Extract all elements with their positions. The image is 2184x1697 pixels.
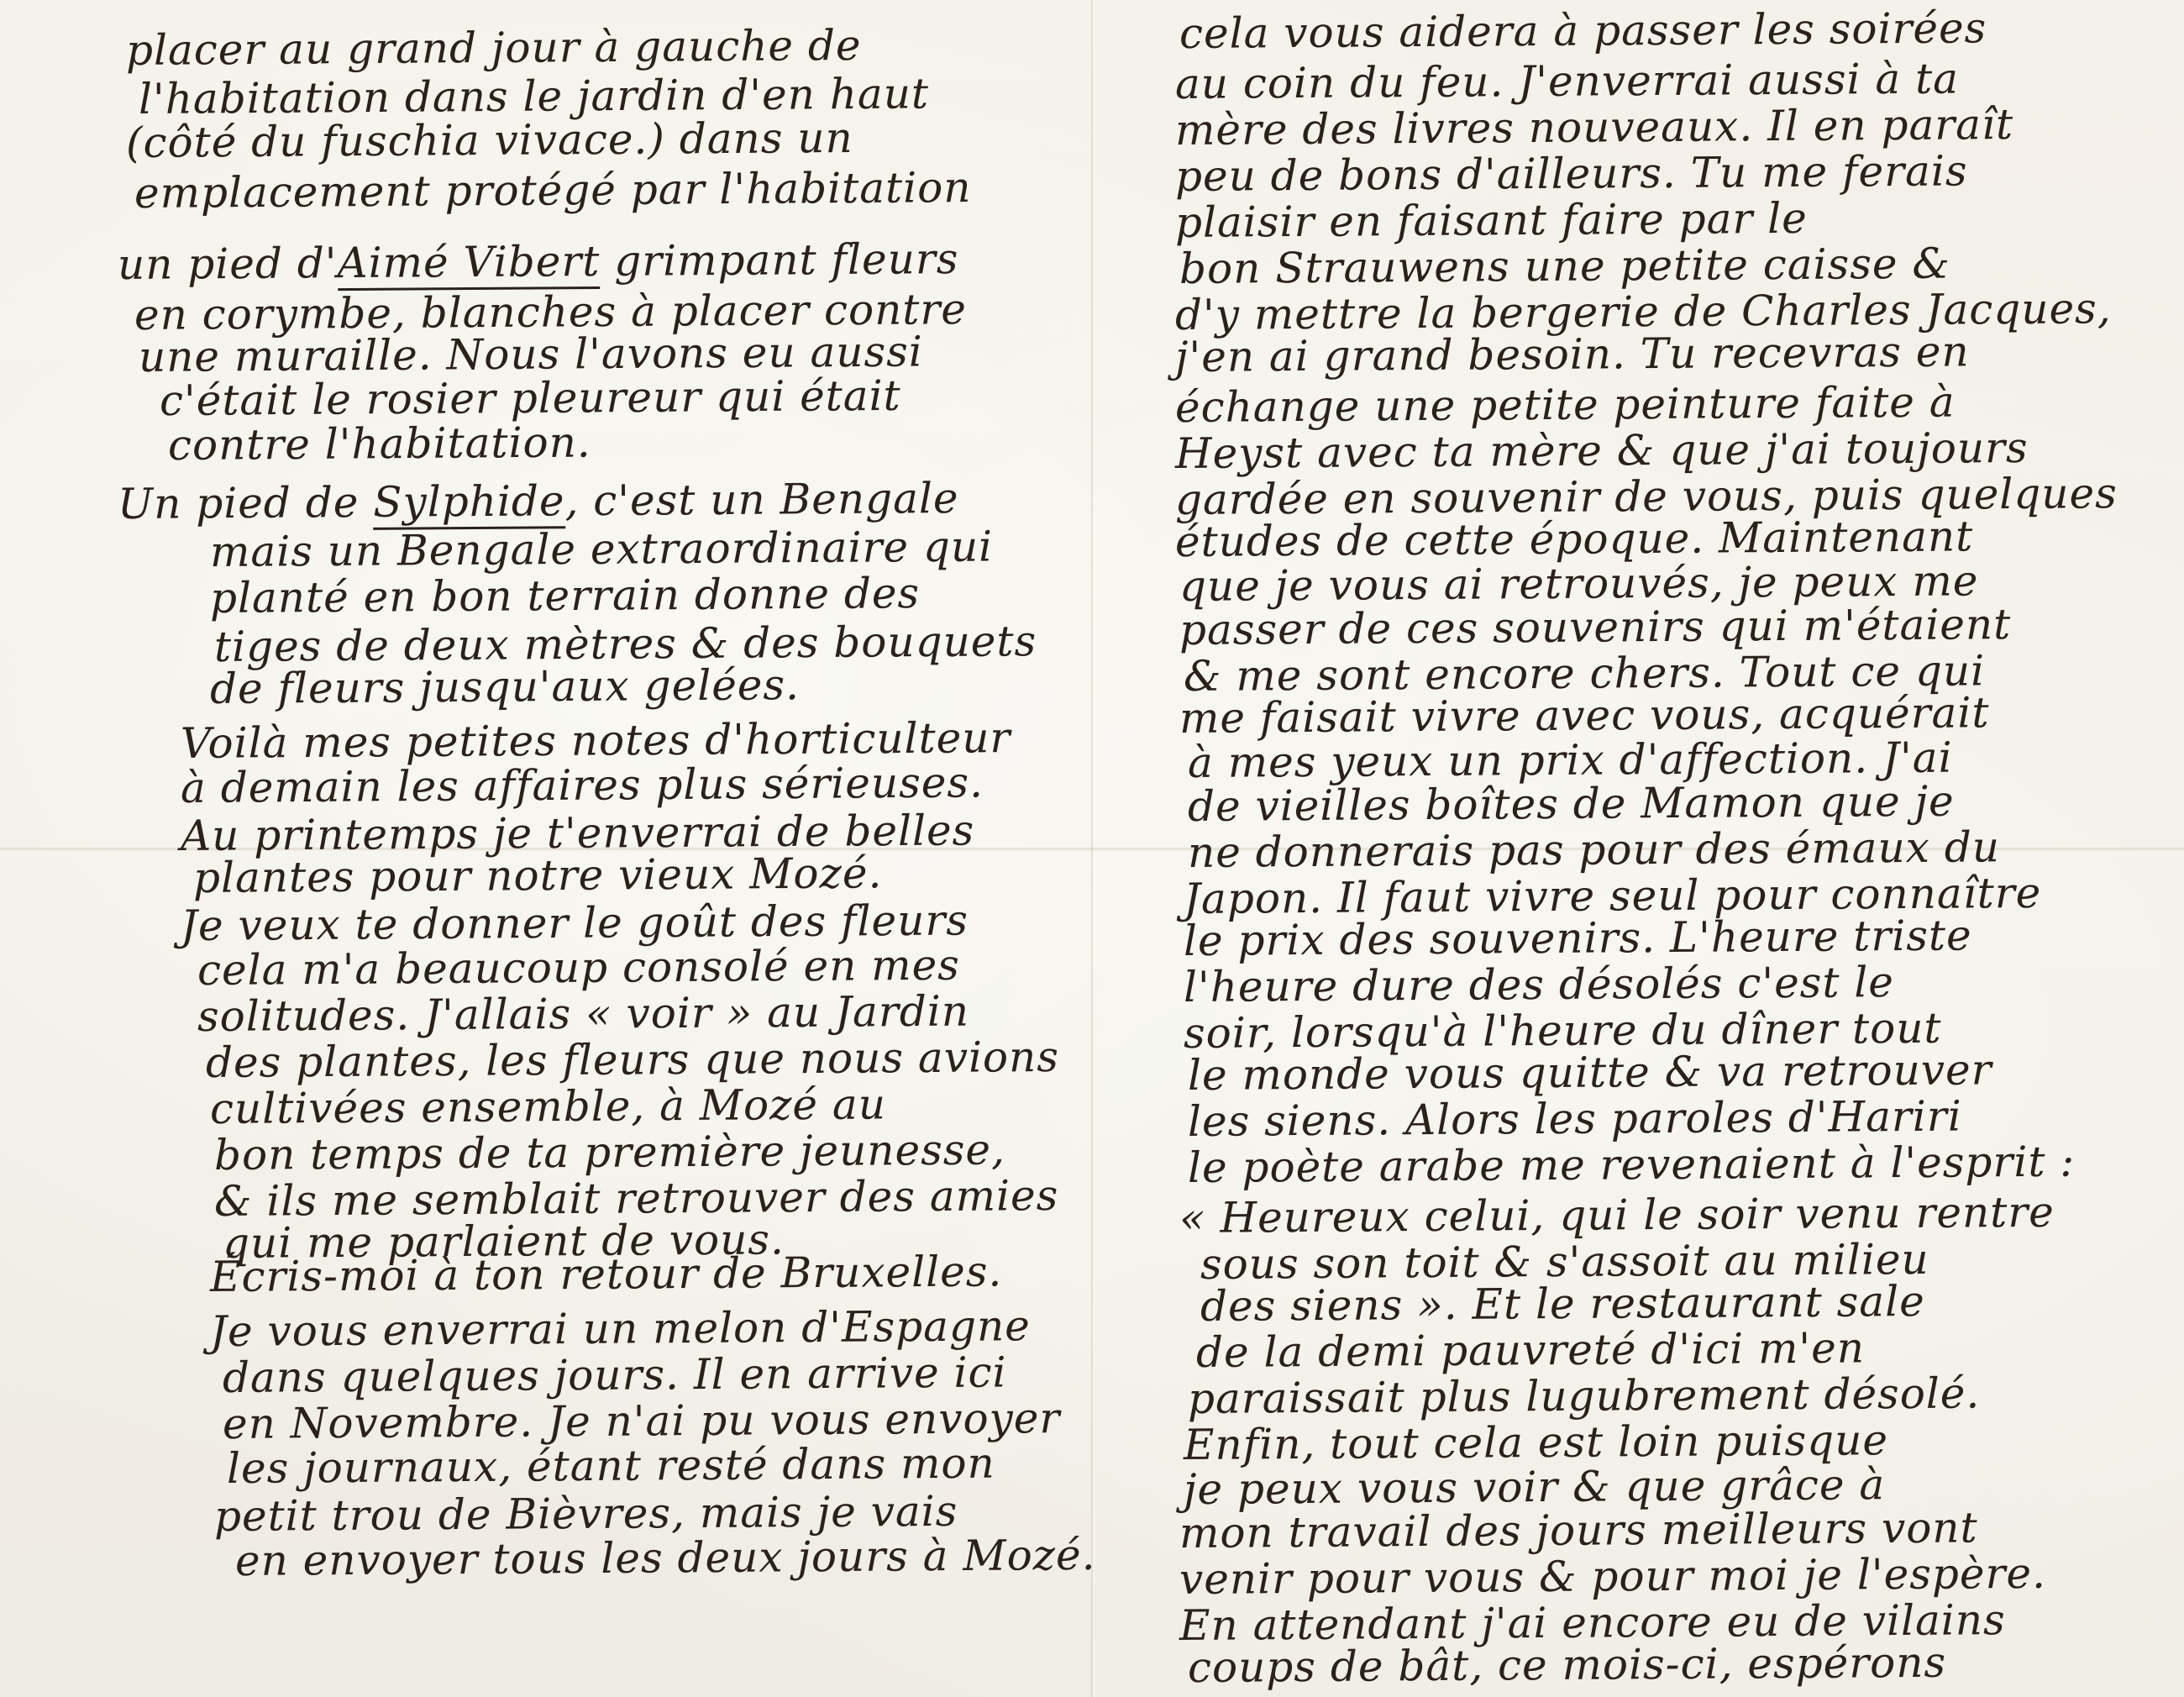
letter-sheet: placer au grand jour à gauche de l'habit… <box>0 0 2184 1697</box>
text-line: placer au grand jour à gauche de <box>126 20 862 76</box>
text-line: un pied d'Aimé Vibert grimpant fleurs <box>118 234 959 290</box>
text-line: (côté du fuschia vivace.) dans un <box>126 113 853 168</box>
right-page: cela vous aidera à passer les soirées au… <box>1095 0 2184 1697</box>
text-line: en envoyer tous les deux jours à Mozé. <box>235 1530 1096 1586</box>
text-line: de fleurs jusqu'aux gelées. <box>210 659 800 714</box>
text-line: j'en ai grand besoin. Tu recevras en <box>1175 326 1970 382</box>
text-line: peu de bons d'ailleurs. Tu me ferais <box>1175 145 1968 202</box>
text-line: coups de bât, ce mois-ci, espérons <box>1188 1637 1946 1693</box>
text-line: les journaux, étant resté dans mon <box>227 1438 995 1494</box>
text-line: Un pied de Sylphide, c'est un Bengale <box>118 473 959 529</box>
text-line: cela vous aidera à passer les soirées <box>1179 3 1987 59</box>
text-line: des plantes, les fleurs que nous avions <box>206 1032 1059 1088</box>
underlined-phrase: Sylphide <box>373 476 565 530</box>
text-line: emplacement protégé par l'habitation <box>134 162 972 218</box>
text-line: Écris-moi à ton retour de Bruxelles. <box>210 1246 1003 1302</box>
text-line: à demain les affaires plus sérieuses. <box>181 757 984 813</box>
text-line: plantes pour notre vieux Mozé. <box>193 848 883 903</box>
text-line: le poète arabe me revenaient à l'esprit … <box>1188 1137 2076 1193</box>
text-line: planté en bon terrain donne des <box>210 568 921 623</box>
text-line: contre l'habitation. <box>168 417 591 470</box>
left-page: placer au grand jour à gauche de l'habit… <box>0 0 1090 1697</box>
underlined-phrase: Aimé Vibert <box>337 237 600 291</box>
